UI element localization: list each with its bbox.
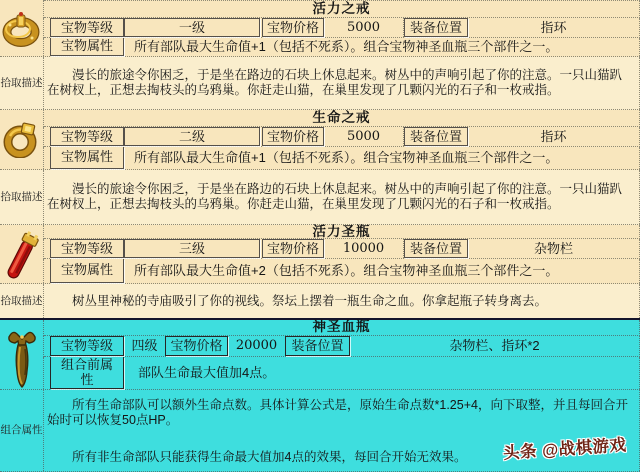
item-title: 活力之戒 [44, 0, 640, 18]
slot-label: 装备位置 [404, 18, 468, 37]
level-value: 一级 [124, 18, 260, 37]
price-label: 宝物价格 [165, 336, 228, 356]
pre-attr-label: 组合前属性 [50, 357, 124, 389]
level-label: 宝物等级 [50, 18, 124, 37]
item-title: 活力圣瓶 [44, 225, 640, 239]
pickup-row: 拾取描述 漫长的旅途令你困乏，于是坐在路边的石块上休息起来。树丛中的声响引起了你… [0, 170, 640, 225]
price-value: 5000 [324, 18, 404, 37]
title-row: 活力之戒 [0, 0, 640, 18]
pickup-label: 拾取描述 [0, 170, 44, 224]
pickup-text: 树丛里神秘的寺庙吸引了你的视线。祭坛上摆着一瓶生命之血。你拿起瓶子转身离去。 [44, 294, 553, 309]
level-value: 三级 [124, 239, 260, 258]
level-value: 四级 [124, 336, 165, 356]
pickup-text: 漫长的旅途令你困乏，于是坐在路边的石块上休息起来。树丛中的声响引起了你的注意。一… [44, 68, 639, 98]
price-label: 宝物价格 [262, 239, 324, 258]
icon-column [0, 0, 44, 18]
pickup-label: 拾取描述 [0, 284, 44, 318]
attr-value: 所有部队最大生命值+1（包括不死系）。组合宝物神圣血瓶三个部件之一。 [124, 38, 639, 56]
combined-attr-text-1: 所有生命部队可以额外生命点数。具体计算公式是，原始生命点数*1.25+4，向下取… [44, 398, 639, 428]
slot-label: 装备位置 [404, 239, 468, 258]
slot-value: 杂物栏、指环*2 [350, 336, 639, 356]
level-label: 宝物等级 [50, 127, 124, 146]
title-row: 神圣血瓶 [0, 320, 640, 336]
price-value: 5000 [324, 127, 404, 146]
price-value: 20000 [228, 336, 285, 356]
item-title: 神圣血瓶 [44, 320, 640, 336]
attr-label: 宝物属性 [50, 38, 124, 56]
pickup-row: 拾取描述 漫长的旅途令你困乏，于是坐在路边的石块上休息起来。树丛中的声响引起了你… [0, 57, 640, 110]
level-label: 宝物等级 [50, 336, 124, 356]
item-section-vitality-vial: 活力圣瓶 宝物等级 三级 宝物价格 10000 装备位置 杂物栏 宝物属性 所有… [0, 225, 640, 318]
attr-row: 宝物属性 所有部队最大生命值+1（包括不死系）。组合宝物神圣血瓶三个部件之一。 [0, 147, 640, 170]
price-label: 宝物价格 [262, 18, 324, 37]
title-row: 生命之戒 [0, 110, 640, 127]
treasure-table-page: 活力之戒 宝物等级 一级 宝物价格 5000 装备位置 指环 宝物属性 所有部队… [0, 0, 640, 472]
pre-attr-value: 部队生命最大值加4点。 [124, 357, 639, 389]
slot-label: 装备位置 [285, 336, 350, 356]
slot-value: 杂物栏 [468, 239, 639, 258]
item-section-life-ring: 生命之戒 宝物等级 二级 宝物价格 5000 装备位置 指环 宝物属性 所有部队… [0, 110, 640, 225]
stats-row: 宝物等级 四级 宝物价格 20000 装备位置 杂物栏、指环*2 [0, 336, 640, 357]
pickup-label: 拾取描述 [0, 57, 44, 109]
attr-label: 宝物属性 [50, 259, 124, 283]
item-title: 生命之戒 [44, 110, 640, 127]
price-label: 宝物价格 [262, 127, 324, 146]
level-value: 二级 [124, 127, 260, 146]
stats-row: 宝物等级 三级 宝物价格 10000 装备位置 杂物栏 [0, 239, 640, 259]
pickup-row: 拾取描述 树丛里神秘的寺庙吸引了你的视线。祭坛上摆着一瓶生命之血。你拿起瓶子转身… [0, 284, 640, 318]
combined-attr-label: 组合属性 [0, 390, 44, 471]
stats-row: 宝物等级 二级 宝物价格 5000 装备位置 指环 [0, 127, 640, 147]
attr-value: 所有部队最大生命值+2（包括不死系）。组合宝物神圣血瓶三个部件之一。 [124, 259, 639, 283]
attr-value: 所有部队最大生命值+1（包括不死系）。组合宝物神圣血瓶三个部件之一。 [124, 147, 639, 169]
attr-row: 宝物属性 所有部队最大生命值+2（包括不死系）。组合宝物神圣血瓶三个部件之一。 [0, 259, 640, 284]
slot-value: 指环 [468, 127, 639, 146]
attr-label: 宝物属性 [50, 147, 124, 169]
slot-label: 装备位置 [404, 127, 468, 146]
slot-value: 指环 [468, 18, 639, 37]
price-value: 10000 [324, 239, 404, 258]
attr-row: 宝物属性 所有部队最大生命值+1（包括不死系）。组合宝物神圣血瓶三个部件之一。 [0, 38, 640, 57]
title-row: 活力圣瓶 [0, 225, 640, 239]
pre-attr-row: 组合前属性 部队生命最大值加4点。 [0, 357, 640, 390]
level-label: 宝物等级 [50, 239, 124, 258]
stats-row: 宝物等级 一级 宝物价格 5000 装备位置 指环 [0, 18, 640, 38]
pickup-text: 漫长的旅途令你困乏，于是坐在路边的石块上休息起来。树丛中的声响引起了你的注意。一… [44, 182, 639, 212]
item-section-vitality-ring: 活力之戒 宝物等级 一级 宝物价格 5000 装备位置 指环 宝物属性 所有部队… [0, 0, 640, 110]
